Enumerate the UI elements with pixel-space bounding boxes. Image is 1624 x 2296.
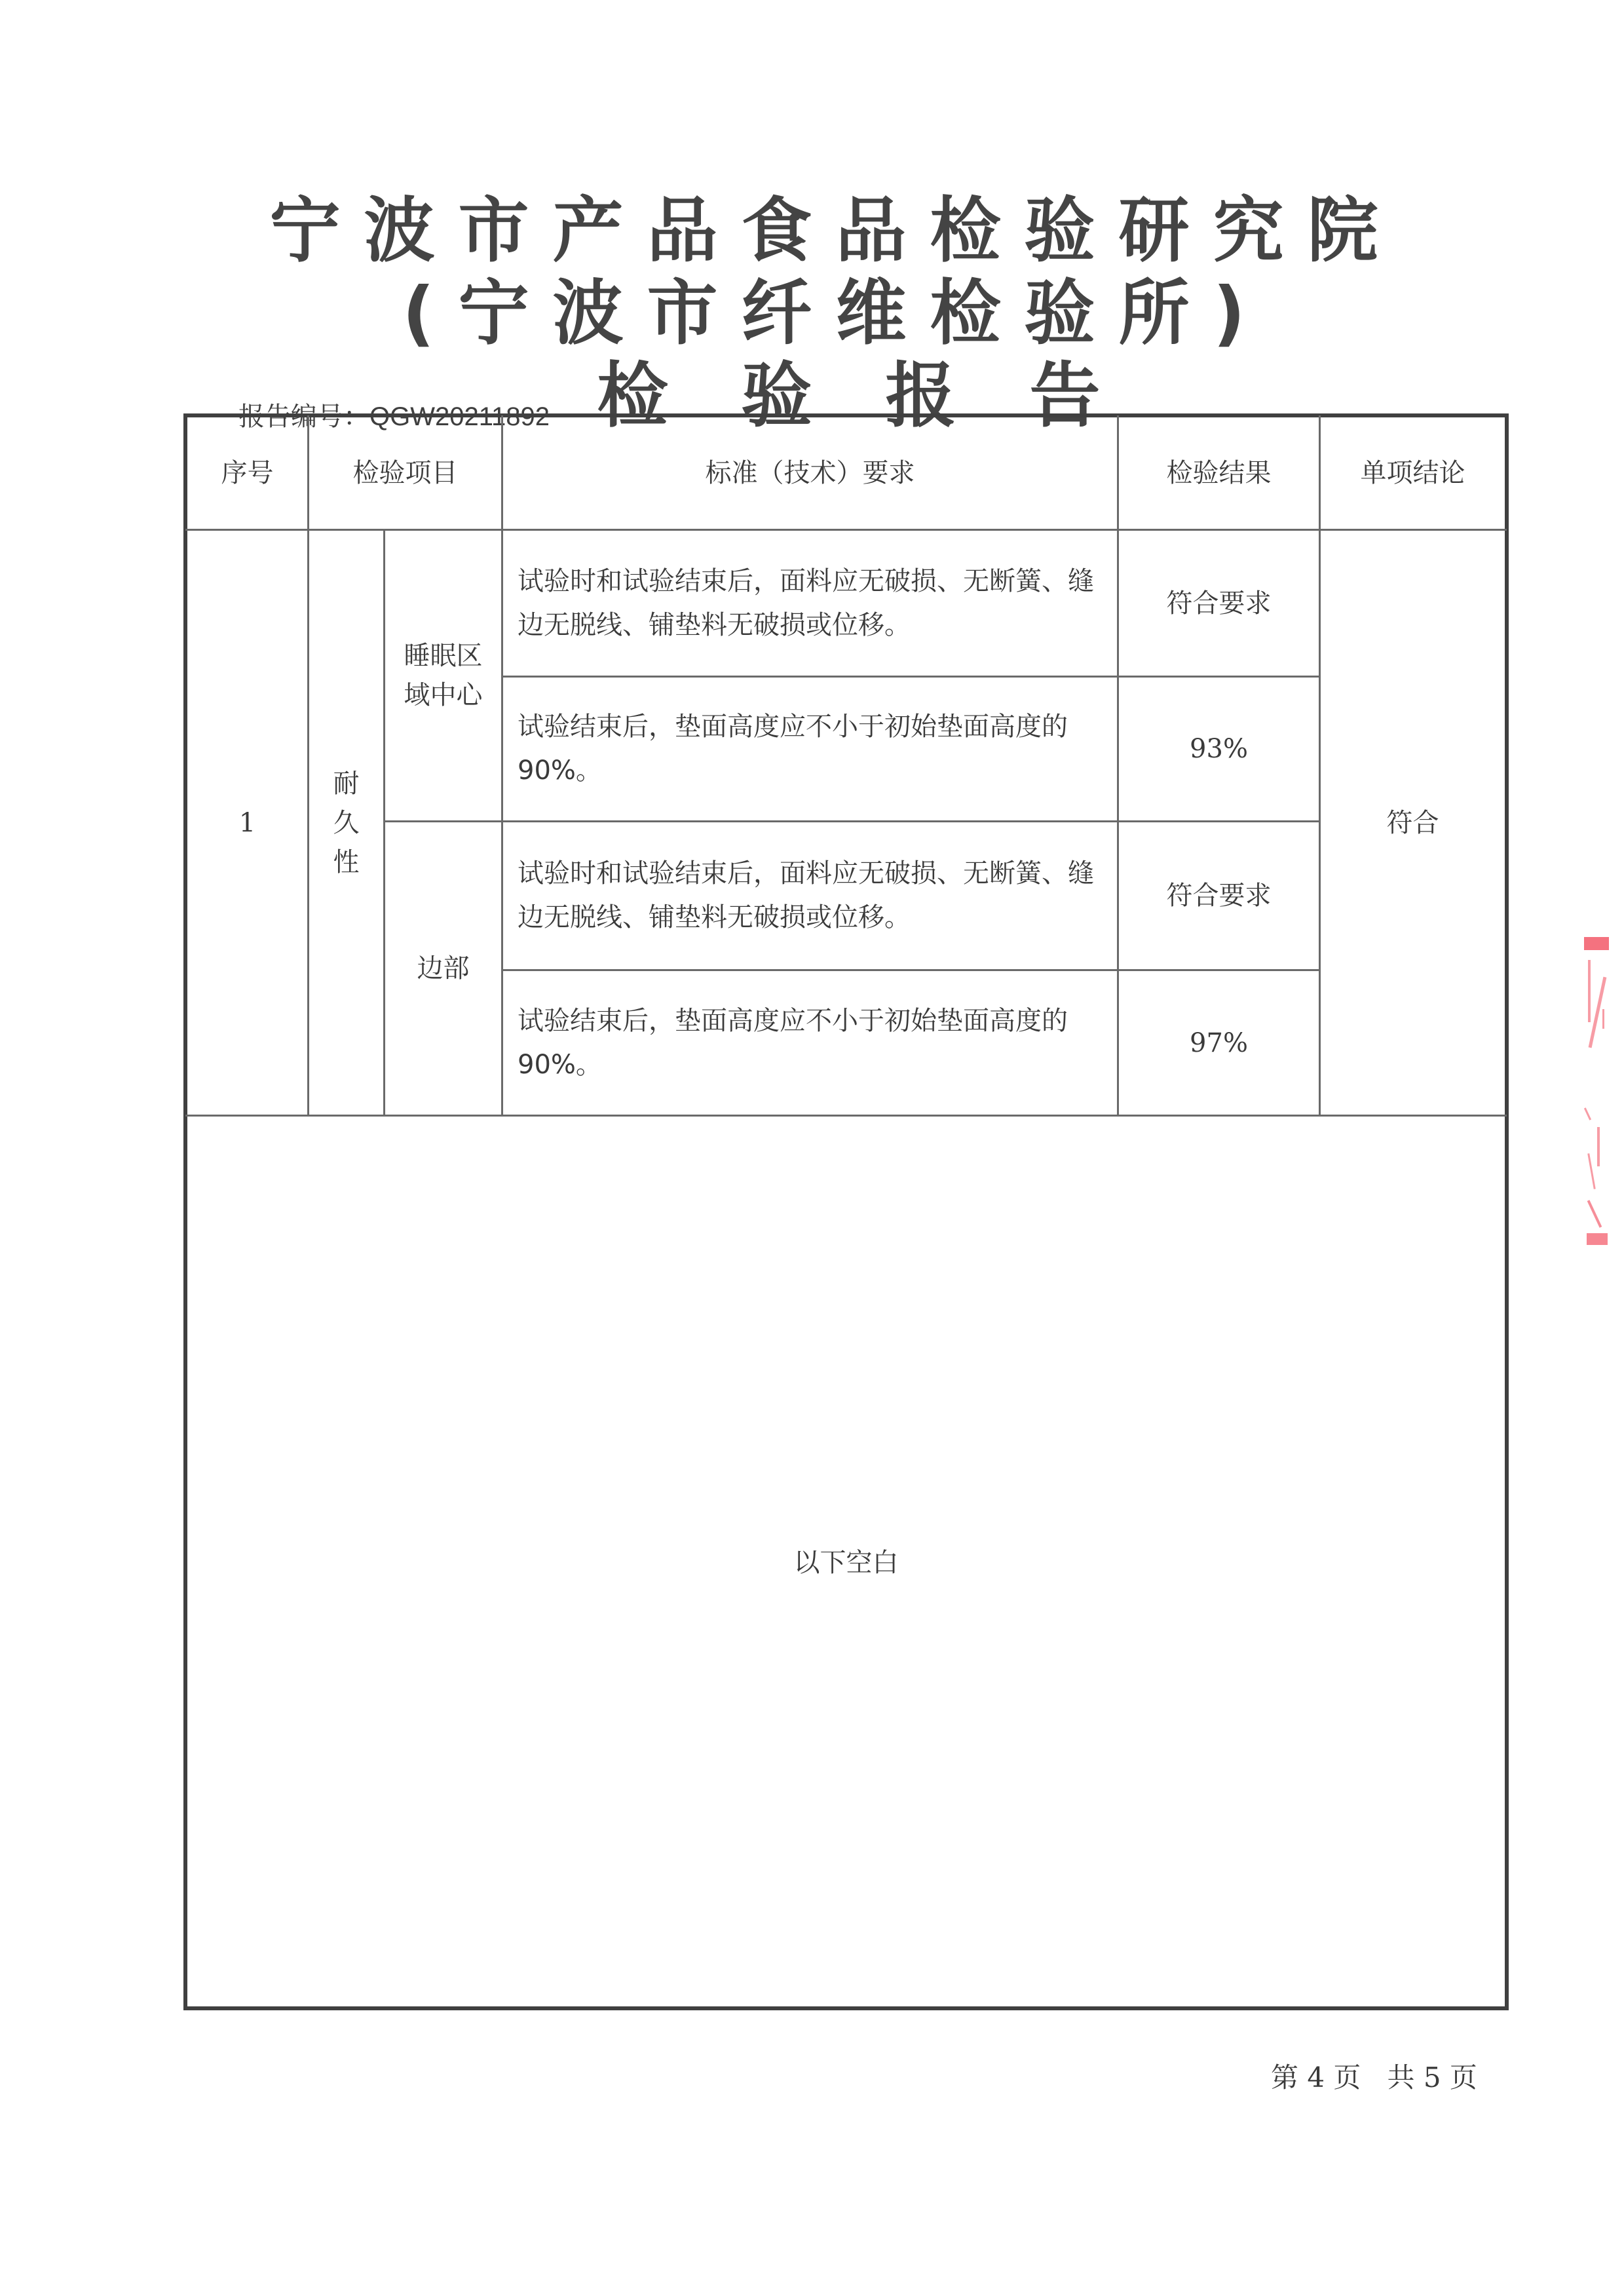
institution-subname: (宁波市纤维检验所) [0, 271, 1624, 356]
item-char: 耐 [333, 764, 360, 803]
area-cell-edge: 边部 [385, 822, 501, 1115]
area-cell-center: 睡眠区 域中心 [385, 531, 501, 820]
header-serial: 序号 [187, 417, 307, 529]
item-cell: 耐 久 性 [309, 531, 383, 1115]
requirement-cell: 试验时和试验结束后，面料应无破损、无断簧、缝边无脱线、铺垫料无破损或位移。 [503, 531, 1117, 676]
requirement-cell: 试验时和试验结束后，面料应无破损、无断簧、缝边无脱线、铺垫料无破损或位移。 [503, 822, 1117, 969]
result-cell: 符合要求 [1119, 822, 1319, 969]
area-line: 边部 [417, 949, 470, 988]
seal-stamp-fragment [1584, 937, 1610, 1245]
blank-note: 以下空白 [187, 1533, 1505, 1592]
requirement-cell: 试验结束后，垫面高度应不小于初始垫面高度的90%。 [503, 971, 1117, 1115]
requirement-cell: 试验结束后，垫面高度应不小于初始垫面高度的90%。 [503, 678, 1117, 820]
header-result: 检验结果 [1119, 417, 1319, 529]
result-cell: 符合要求 [1119, 531, 1319, 676]
item-char: 久 [333, 803, 360, 843]
item-char: 性 [333, 843, 360, 882]
page-number: 第 4 页 共 5 页 [1271, 2056, 1477, 2095]
result-cell: 97% [1119, 971, 1319, 1115]
institution-name: 宁波市产品食品检验研究院 [0, 189, 1624, 274]
result-cell: 93% [1119, 678, 1319, 820]
header-item: 检验项目 [309, 417, 501, 529]
serial-cell: 1 [187, 531, 307, 1115]
area-line: 域中心 [404, 676, 483, 715]
header-conclusion: 单项结论 [1321, 417, 1505, 529]
header-requirement: 标准（技术）要求 [503, 417, 1117, 529]
conclusion-cell: 符合 [1321, 531, 1505, 1115]
area-line: 睡眠区 [404, 636, 483, 676]
